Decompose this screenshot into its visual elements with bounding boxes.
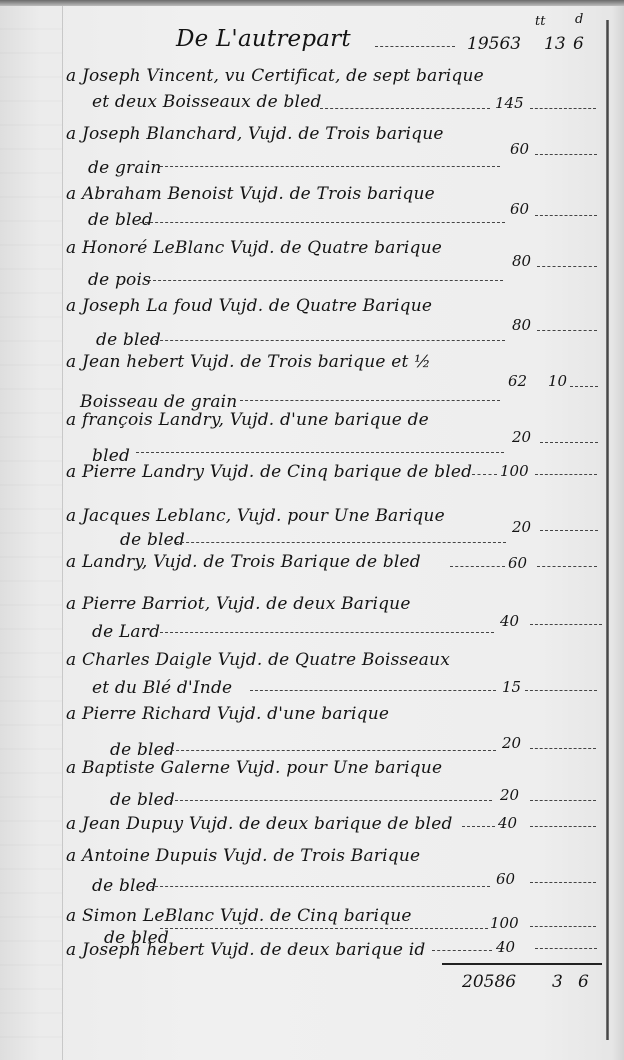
entry-line2: de bled <box>92 876 157 896</box>
entry-leader <box>450 566 505 567</box>
carried-forward-livres: 19563 <box>467 34 521 54</box>
entry-livres: 80 <box>512 252 531 270</box>
page-right-edge <box>612 6 624 1060</box>
total-livres: 20586 <box>462 972 516 992</box>
title-leader-dots <box>375 46 455 47</box>
left-page-bleed <box>0 6 62 1060</box>
total-underline <box>442 963 602 965</box>
entry-line1: a Joseph Vincent, vu Certificat, de sept… <box>66 66 484 86</box>
entry-livres: 60 <box>496 870 515 888</box>
carried-forward-sols: 13 <box>544 34 566 54</box>
entry-leader <box>148 280 503 281</box>
entry-line2: de grain <box>88 158 161 178</box>
entry-line1: a Jean Dupuy Vujd. de deux barique de bl… <box>66 814 453 834</box>
entry-leader <box>160 166 500 167</box>
entry-line2: et deux Boisseaux de bled <box>92 92 322 112</box>
entry-leader <box>462 826 495 827</box>
entry-livres: 20 <box>512 518 531 536</box>
entry-tail <box>570 386 598 387</box>
entry-tail <box>530 624 602 625</box>
entry-livres: 100 <box>490 914 519 932</box>
entry-tail <box>537 330 597 331</box>
entry-tail <box>530 926 596 927</box>
entry-line2: Boisseau de grain <box>80 392 237 412</box>
entry-livres: 40 <box>498 814 517 832</box>
entry-tail <box>535 154 597 155</box>
entry-tail <box>537 266 597 267</box>
entry-tail <box>530 826 596 827</box>
entry-leader <box>150 886 490 887</box>
entry-livres: 100 <box>500 462 529 480</box>
deniers-column-mark: d <box>575 12 583 27</box>
entry-livres: 15 <box>502 678 521 696</box>
entry-livres: 80 <box>512 316 531 334</box>
total-sols: 3 <box>552 972 563 992</box>
entry-line1: a Pierre Landry Vujd. de Cinq barique de… <box>66 462 472 482</box>
entry-leader <box>472 474 497 475</box>
entry-livres: 20 <box>512 428 531 446</box>
entry-tail <box>530 748 596 749</box>
entry-line1: a françois Landry, Vujd. d'une barique d… <box>66 410 429 430</box>
entry-line2: de bled <box>110 790 175 810</box>
entry-line2: de bled <box>120 530 185 550</box>
entry-leader <box>320 108 490 109</box>
entry-livres: 20 <box>502 734 521 752</box>
entry-line1: a Baptiste Galerne Vujd. pour Une bariqu… <box>66 758 442 778</box>
entry-line1: a Jacques Leblanc, Vujd. pour Une Bariqu… <box>66 506 445 526</box>
entry-line1: a Honoré LeBlanc Vujd. de Quatre barique <box>66 238 442 258</box>
entry-livres: 60 <box>510 140 529 158</box>
page-title: De L'autrepart <box>176 26 351 52</box>
entry-tail <box>530 882 596 883</box>
entry-line2: et du Blé d'Inde <box>92 678 232 698</box>
entry-livres: 145 <box>495 94 524 112</box>
entry-leader <box>166 750 496 751</box>
entry-leader <box>136 452 504 453</box>
right-margin-rule <box>606 20 609 1040</box>
entry-line1: a Joseph La foud Vujd. de Quatre Barique <box>66 296 432 316</box>
entry-leader <box>432 950 492 951</box>
entry-leader <box>160 632 494 633</box>
entry-tail <box>525 690 597 691</box>
entry-tail <box>540 442 598 443</box>
entry-line2: de bled <box>88 210 153 230</box>
entry-line1: a Landry, Vujd. de Trois Barique de bled <box>66 552 421 572</box>
entry-leader <box>240 400 500 401</box>
left-margin-rule <box>62 6 63 1060</box>
entry-line1: a Joseph Blanchard, Vujd. de Trois bariq… <box>66 124 444 144</box>
entry-line2: de Lard <box>92 622 160 642</box>
entry-tail <box>530 108 596 109</box>
entry-line1: a Simon LeBlanc Vujd. de Cinq barique <box>66 906 412 926</box>
entry-sols: 10 <box>548 372 567 390</box>
entry-leader <box>150 340 505 341</box>
entry-livres: 20 <box>500 786 519 804</box>
sols-column-mark: tt <box>535 14 545 29</box>
entry-tail <box>535 215 597 216</box>
entry-line1: a Abraham Benoist Vujd. de Trois barique <box>66 184 435 204</box>
entry-livres: 60 <box>508 554 527 572</box>
entry-leader <box>140 222 505 223</box>
entry-tail <box>537 566 597 567</box>
entry-leader <box>176 542 506 543</box>
entry-line1: a Charles Daigle Vujd. de Quatre Boissea… <box>66 650 450 670</box>
entry-tail <box>530 800 596 801</box>
entry-livres: 40 <box>500 612 519 630</box>
entry-tail <box>540 530 598 531</box>
entry-livres: 60 <box>510 200 529 218</box>
entry-leader <box>170 800 492 801</box>
entry-line2: de pois <box>88 270 151 290</box>
entry-leader <box>160 928 488 929</box>
entry-line1: a Joseph hebert Vujd. de deux barique id <box>66 940 425 960</box>
entry-tail <box>535 474 597 475</box>
entry-line1: a Antoine Dupuis Vujd. de Trois Barique <box>66 846 420 866</box>
entry-line1: a Pierre Richard Vujd. d'une barique <box>66 704 389 724</box>
entry-leader <box>250 690 496 691</box>
entry-tail <box>535 948 597 949</box>
entry-livres: 62 <box>508 372 527 390</box>
entry-livres: 40 <box>496 938 515 956</box>
carried-forward-deniers: 6 <box>573 34 584 54</box>
entry-line1: a Pierre Barriot, Vujd. de deux Barique <box>66 594 411 614</box>
total-deniers: 6 <box>578 972 589 992</box>
entry-line1: a Jean hebert Vujd. de Trois barique et … <box>66 352 431 372</box>
